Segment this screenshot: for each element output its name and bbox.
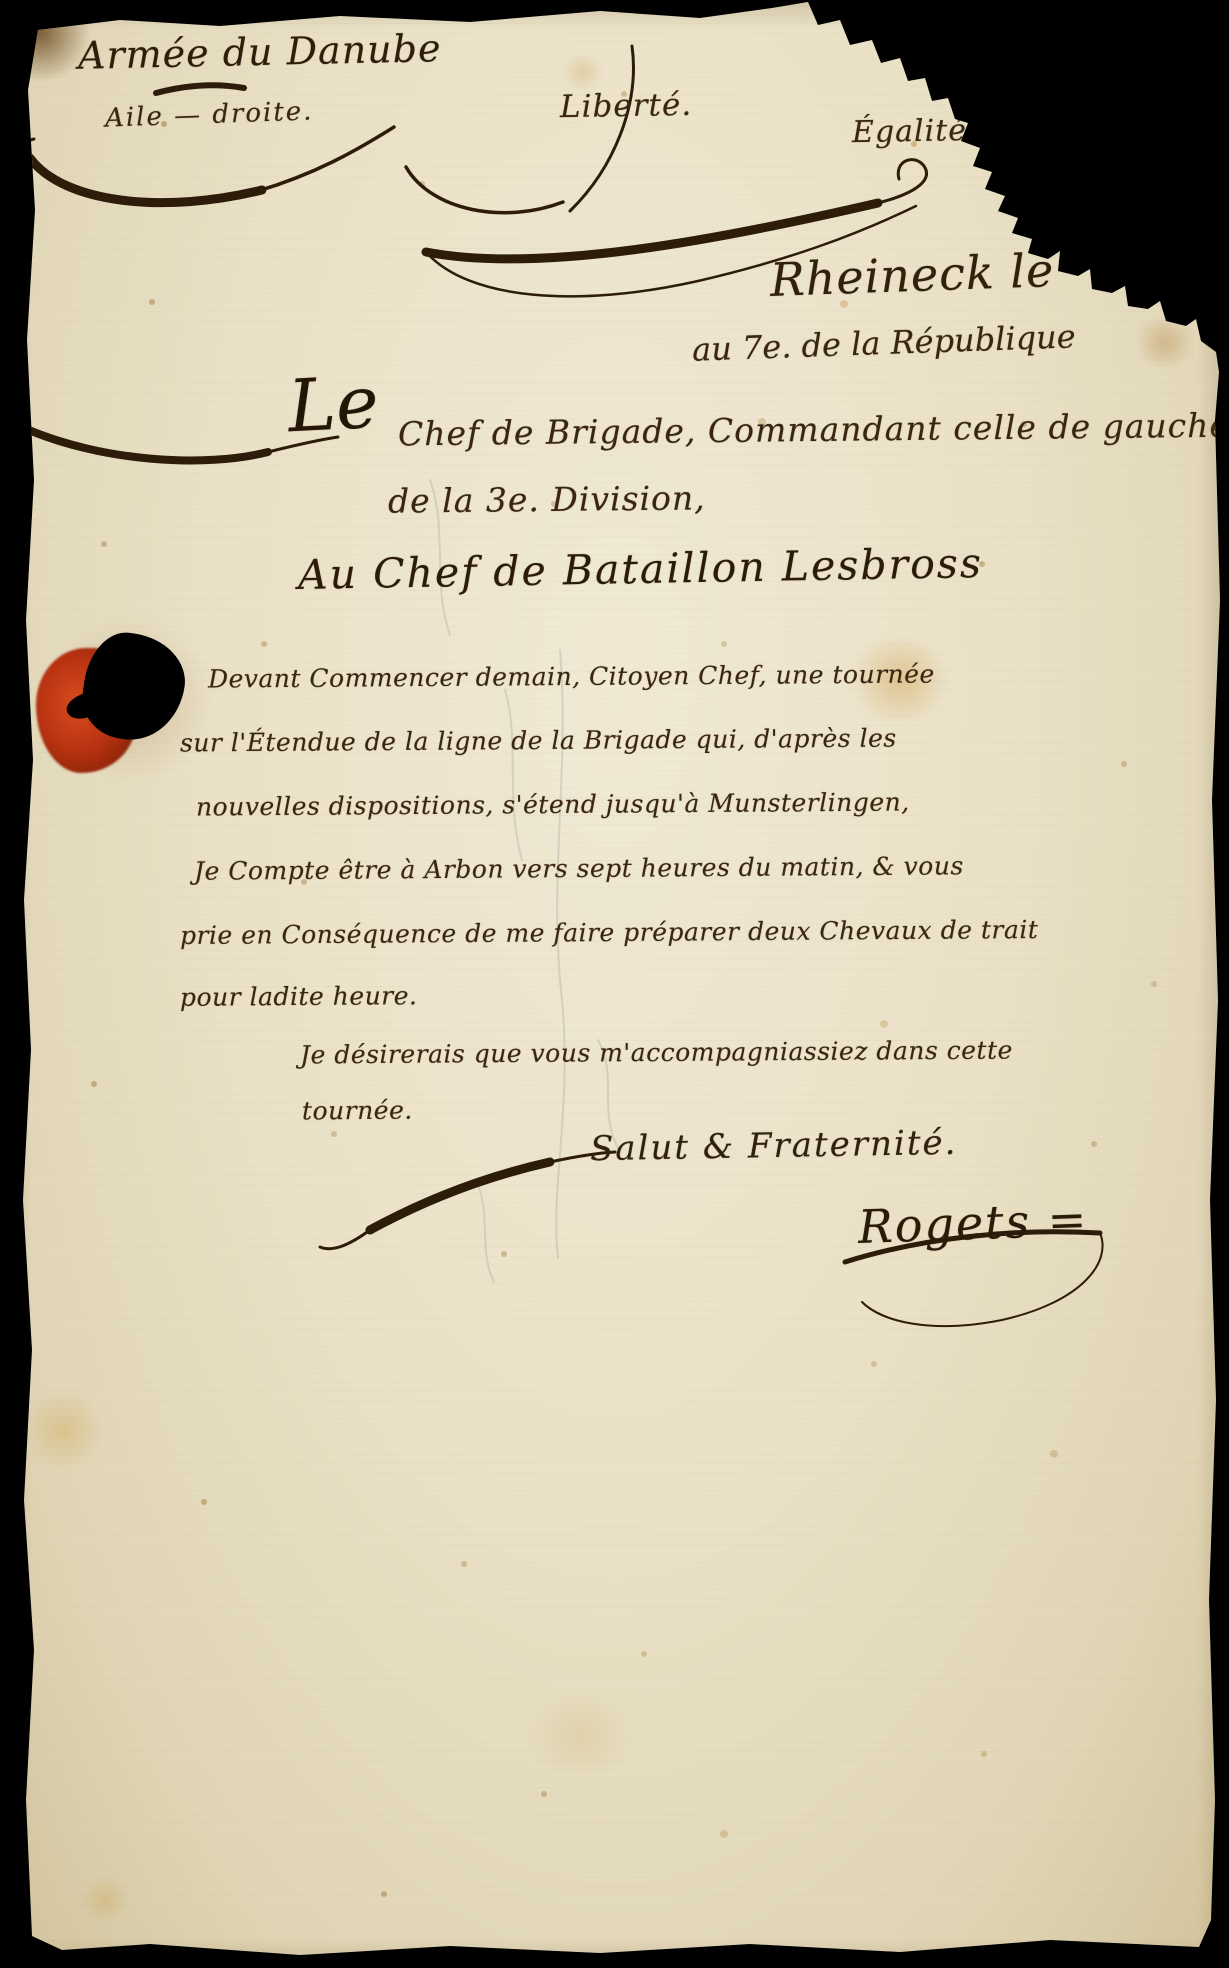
wing-label: Aile — droite.	[105, 96, 314, 133]
closing-salutation: Salut & Fraternité.	[590, 1123, 958, 1169]
body-line: Je Compte être à Arbon vers sept heures …	[194, 851, 964, 885]
body-line: Devant Commencer demain, Citoyen Chef, u…	[208, 659, 935, 693]
motto-egalite: Égalité.	[852, 113, 978, 150]
body-line: Je désirerais que vous m'accompagniassie…	[300, 1036, 1013, 1070]
stain	[560, 55, 605, 90]
photo-background: Armée du Danube Aile — droite. Liberté. …	[0, 0, 1229, 1968]
salutation-initial: Le	[286, 360, 381, 449]
flourish-liberte-lead	[406, 167, 563, 213]
sender-title-line2: de la 3e. Division,	[388, 478, 706, 520]
stain	[520, 1700, 640, 1770]
flourish-closing-swash	[320, 1230, 370, 1249]
army-name: Armée du Danube	[78, 26, 442, 78]
body-line: tournée.	[302, 1096, 413, 1126]
stain	[1130, 320, 1200, 365]
stain	[18, 1395, 108, 1465]
foxing-specks	[0, 0, 4, 4]
flourish-aile-swash	[30, 158, 262, 203]
flourish-aile-swash	[25, 139, 34, 158]
flourish-dateline-swash	[878, 160, 926, 203]
addressee-line: Au Chef de Bataillon Lesbross	[298, 539, 984, 599]
flourish-armee-underline	[156, 85, 244, 93]
stain	[80, 1880, 130, 1920]
body-line: pour ladite heure.	[180, 981, 418, 1012]
flourish-salutation-swash	[24, 428, 268, 460]
sender-title-line1: Chef de Brigade, Commandant celle de gau…	[398, 406, 1229, 454]
body-line: prie en Conséquence de me faire préparer…	[180, 915, 1039, 950]
republic-year-line: au 7e. de la République	[691, 317, 1076, 368]
motto-liberte: Liberté.	[560, 87, 693, 125]
place-date-line: Rheineck le	[769, 243, 1055, 307]
flourish-aile-swash	[258, 127, 394, 191]
signature: Rogets =	[857, 1192, 1089, 1254]
flourish-closing-swash	[370, 1162, 550, 1230]
letter-sheet: Armée du Danube Aile — droite. Liberté. …	[0, 0, 1229, 1968]
body-line: nouvelles dispositions, s'étend jusqu'à …	[196, 788, 910, 822]
flourish-liberte-ascender	[570, 46, 633, 211]
body-line: sur l'Étendue de la ligne de la Brigade …	[180, 723, 897, 757]
